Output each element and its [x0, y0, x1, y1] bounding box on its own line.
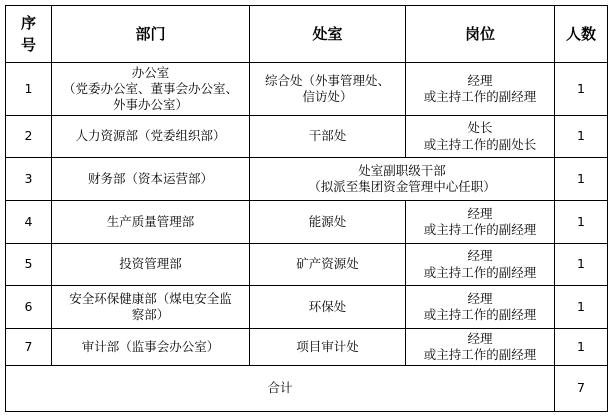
cell-department: 人力资源部（党委组织部） — [52, 116, 250, 158]
table-row: 1 办公室 （党委办公室、董事会办公室、 外事办公室） 综合处（外事管理处、 信… — [6, 63, 608, 116]
cell-office: 能源处 — [250, 201, 406, 244]
cell-position: 处长 或主持工作的副处长 — [406, 116, 555, 158]
cell-serial-number: 6 — [6, 286, 52, 329]
header-office: 处室 — [250, 6, 406, 63]
table-row: 2 人力资源部（党委组织部） 干部处 处长 或主持工作的副处长 1 — [6, 116, 608, 158]
cell-office-position-merged: 处室副职级干部 （拟派至集团资金管理中心任职） — [250, 158, 555, 201]
table-row: 7 审计部（监事会办公室） 项目审计处 经理 或主持工作的副经理 1 — [6, 329, 608, 366]
total-headcount: 7 — [555, 366, 608, 412]
cell-headcount: 1 — [555, 63, 608, 116]
cell-office: 项目审计处 — [250, 329, 406, 366]
position-roster-table: 序 号 部门 处室 岗位 人数 1 办公室 （党委办公室、董事会办公室、 外事办… — [5, 5, 608, 412]
cell-serial-number: 2 — [6, 116, 52, 158]
total-row: 合计 7 — [6, 366, 608, 412]
table-row: 5 投资管理部 矿产资源处 经理 或主持工作的副经理 1 — [6, 244, 608, 286]
header-department: 部门 — [52, 6, 250, 63]
header-serial-number: 序 号 — [6, 6, 52, 63]
cell-position: 经理 或主持工作的副经理 — [406, 201, 555, 244]
cell-headcount: 1 — [555, 244, 608, 286]
cell-serial-number: 5 — [6, 244, 52, 286]
cell-serial-number: 3 — [6, 158, 52, 201]
document-page: 序 号 部门 处室 岗位 人数 1 办公室 （党委办公室、董事会办公室、 外事办… — [0, 0, 612, 416]
cell-position: 经理 或主持工作的副经理 — [406, 63, 555, 116]
cell-department: 安全环保健康部（煤电安全监 察部） — [52, 286, 250, 329]
header-position: 岗位 — [406, 6, 555, 63]
header-headcount: 人数 — [555, 6, 608, 63]
cell-office: 矿产资源处 — [250, 244, 406, 286]
cell-department: 办公室 （党委办公室、董事会办公室、 外事办公室） — [52, 63, 250, 116]
cell-headcount: 1 — [555, 158, 608, 201]
cell-department: 投资管理部 — [52, 244, 250, 286]
cell-department: 审计部（监事会办公室） — [52, 329, 250, 366]
cell-headcount: 1 — [555, 286, 608, 329]
cell-headcount: 1 — [555, 116, 608, 158]
table-row: 3 财务部（资本运营部） 处室副职级干部 （拟派至集团资金管理中心任职） 1 — [6, 158, 608, 201]
cell-department: 财务部（资本运营部） — [52, 158, 250, 201]
cell-headcount: 1 — [555, 329, 608, 366]
cell-position: 经理 或主持工作的副经理 — [406, 286, 555, 329]
cell-position: 经理 或主持工作的副经理 — [406, 244, 555, 286]
cell-serial-number: 4 — [6, 201, 52, 244]
cell-serial-number: 7 — [6, 329, 52, 366]
cell-position: 经理 或主持工作的副经理 — [406, 329, 555, 366]
total-label: 合计 — [6, 366, 555, 412]
table-header-row: 序 号 部门 处室 岗位 人数 — [6, 6, 608, 63]
cell-office: 干部处 — [250, 116, 406, 158]
cell-department: 生产质量管理部 — [52, 201, 250, 244]
cell-serial-number: 1 — [6, 63, 52, 116]
table-row: 6 安全环保健康部（煤电安全监 察部） 环保处 经理 或主持工作的副经理 1 — [6, 286, 608, 329]
cell-office: 综合处（外事管理处、 信访处） — [250, 63, 406, 116]
table-row: 4 生产质量管理部 能源处 经理 或主持工作的副经理 1 — [6, 201, 608, 244]
cell-headcount: 1 — [555, 201, 608, 244]
cell-office: 环保处 — [250, 286, 406, 329]
